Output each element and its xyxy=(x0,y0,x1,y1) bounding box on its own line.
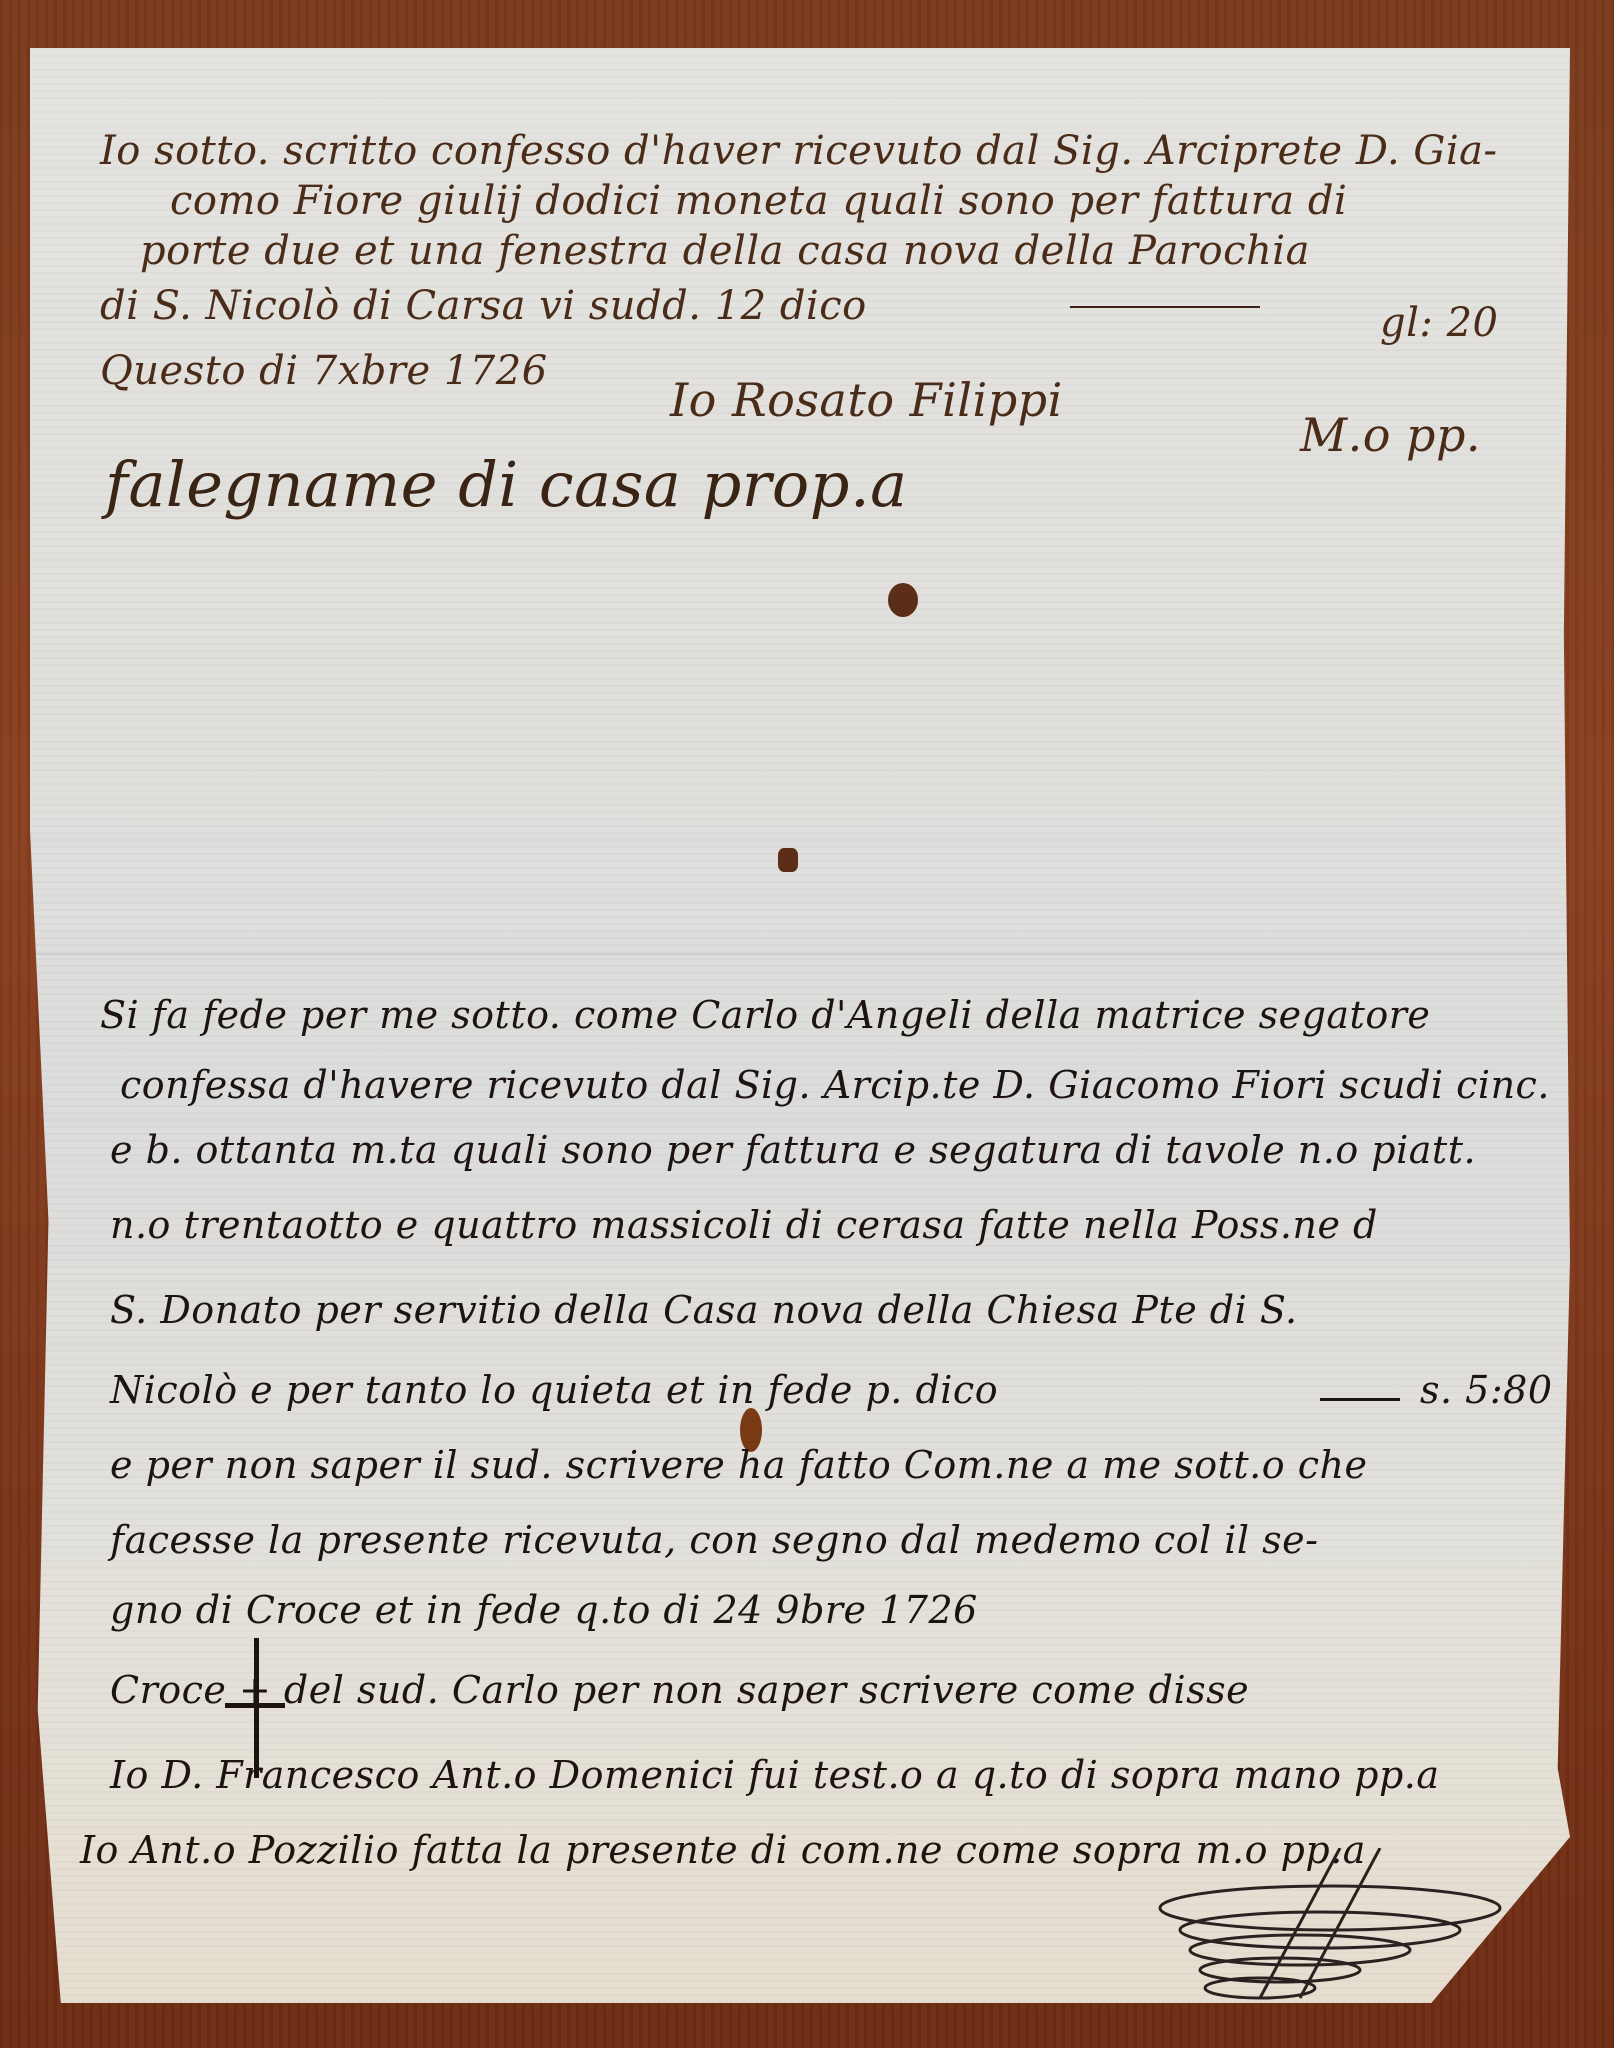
cross-mark-icon xyxy=(225,1703,285,1708)
receipt-1-date: Questo di 7xbre 1726 xyxy=(100,348,548,394)
receipt-2-line-3: e b. ottanta m.ta quali sono per fattura… xyxy=(110,1128,1476,1172)
receipt-2-line-6: Nicolò e per tanto lo quieta et in fede … xyxy=(110,1368,998,1412)
receipt-1-line-3: porte due et una fenestra della casa nov… xyxy=(140,228,1310,274)
receipt-2-line-2: confessa d'havere ricevuto dal Sig. Arci… xyxy=(120,1063,1550,1107)
receipt-1-line-4: di S. Nicolò di Carsa vi sudd. 12 dico xyxy=(100,283,867,329)
receipt-1-amount: gl: 20 xyxy=(1380,300,1499,346)
receipt-2-line-11: Io D. Francesco Ant.o Domenici fui test.… xyxy=(110,1753,1440,1797)
amount-rule xyxy=(1320,1398,1400,1401)
receipt-1-signature: Io Rosato Filippi xyxy=(670,373,1063,427)
receipt-2-line-9: gno di Croce et in fede q.to di 24 9bre … xyxy=(110,1588,978,1632)
ink-stain xyxy=(778,848,798,872)
receipt-1-occupation: falegname di casa prop.a xyxy=(105,448,908,521)
receipt-2-line-1: Si fa fede per me sotto. come Carlo d'An… xyxy=(100,993,1430,1037)
receipt-2-line-8: facesse la presente ricevuta, con segno … xyxy=(110,1518,1318,1562)
receipt-1-line-1: Io sotto. scritto confesso d'haver ricev… xyxy=(100,128,1498,174)
ink-stain xyxy=(888,583,918,617)
receipt-2-line-7: e per non saper il sud. scrivere ha fatt… xyxy=(110,1443,1367,1487)
manuscript-page: Io sotto. scritto confesso d'haver ricev… xyxy=(30,48,1570,2003)
fold-line xyxy=(30,953,1570,955)
receipt-2-line-5: S. Donato per servitio della Casa nova d… xyxy=(110,1288,1298,1332)
receipt-1-line-2: como Fiore giulij dodici moneta quali so… xyxy=(170,178,1347,224)
receipt-2-line-4: n.o trentaotto e quattro massicoli di ce… xyxy=(110,1203,1378,1247)
receipt-1-signature-mark: M.o pp. xyxy=(1300,408,1481,462)
receipt-2-amount: s. 5:80 xyxy=(1420,1368,1553,1412)
amount-rule xyxy=(1070,306,1260,308)
